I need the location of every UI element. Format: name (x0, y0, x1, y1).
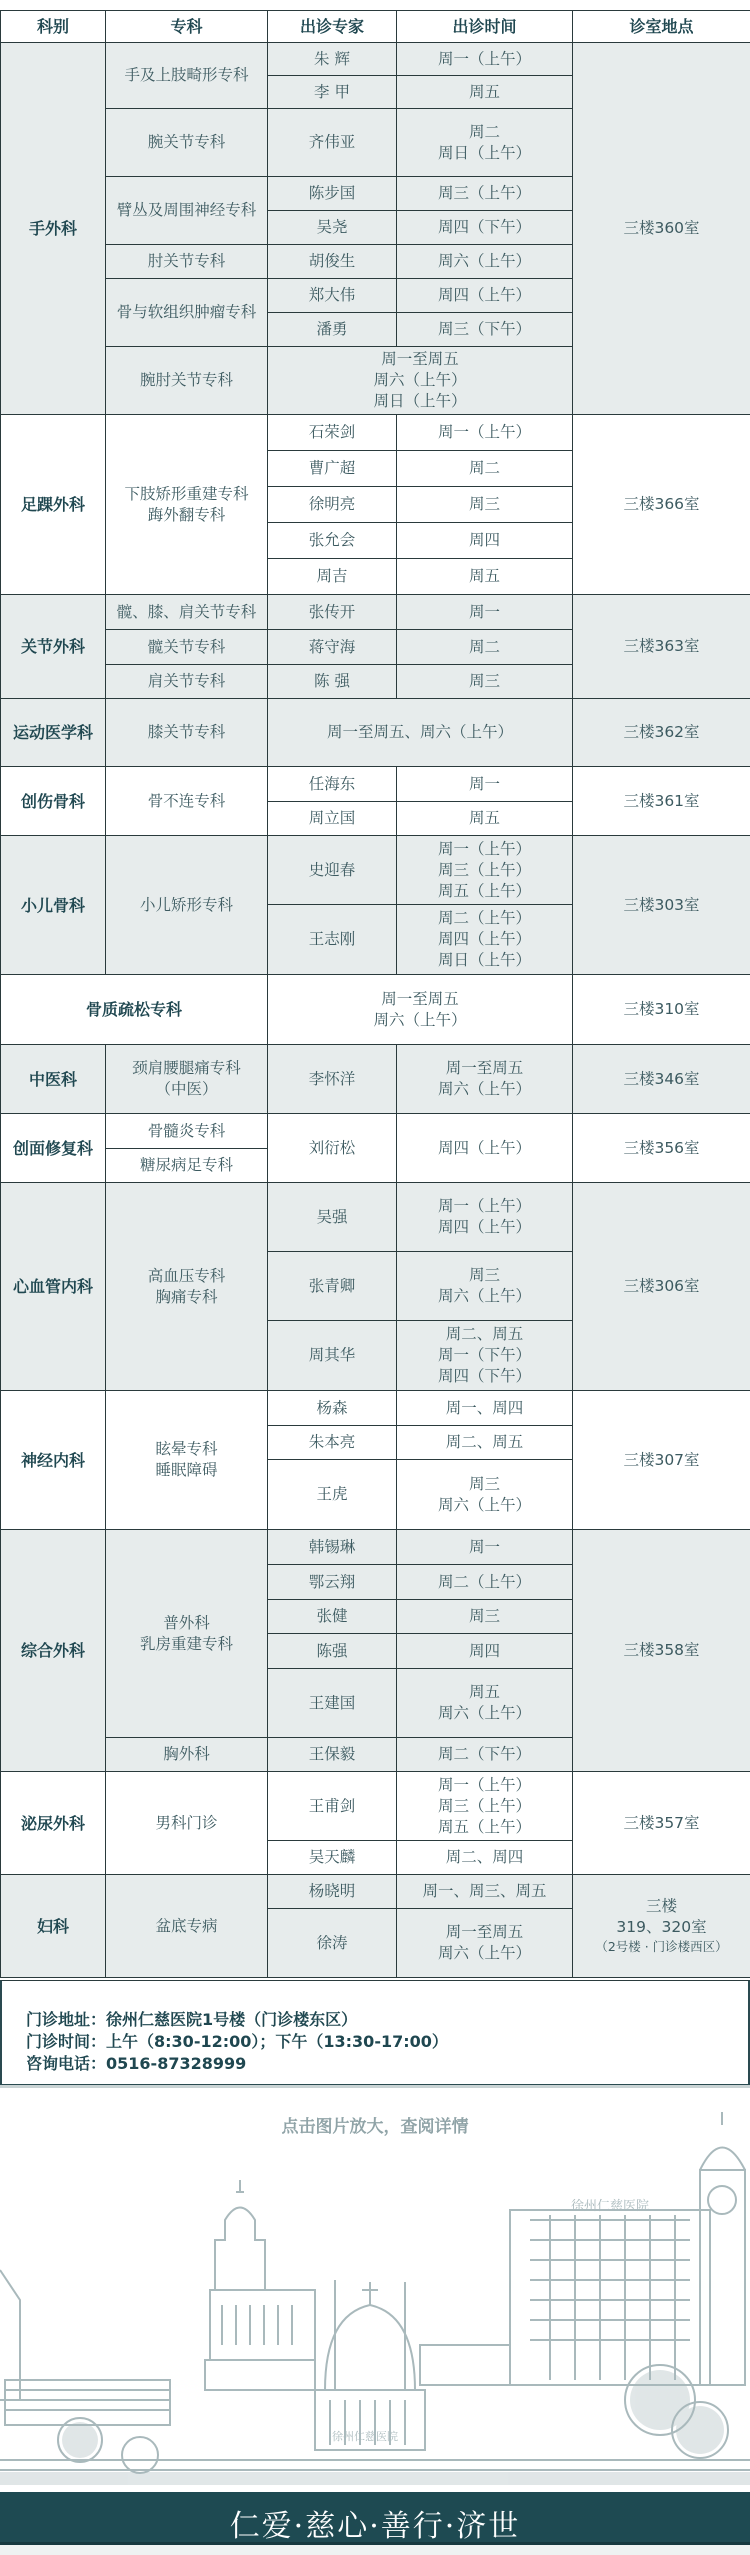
doctor-cell: 石荣剑 (268, 415, 397, 451)
time-cell: 周五 (397, 559, 573, 595)
time-cell: 周二、周五 周一（下午） 周四（下午） (397, 1321, 573, 1391)
specialty-cell: 高血压专科 胸痛专科 (106, 1183, 268, 1391)
table-row: 手外科 手及上肢畸形专科 朱 辉 周一（上午） 三楼360室 (1, 43, 750, 76)
table-row: 运动医学科 膝关节专科 周一至周五、周六（上午） 三楼362室 (1, 699, 750, 767)
dept-name: 神经内科 (1, 1391, 106, 1530)
time-line: 周六（上午） (268, 1010, 572, 1031)
doctor-cell: 吴强 (268, 1183, 397, 1252)
doctor-cell: 王保毅 (268, 1738, 397, 1772)
specialty-cell: 骨髓炎专科 (106, 1114, 268, 1149)
hours-line: 门诊时间：上午（8:30-12:00）；下午（13:30-17:00） (26, 2031, 448, 2053)
time-cell: 周二、周五 (397, 1426, 573, 1460)
location-cell: 三楼362室 (573, 699, 750, 767)
specialty-cell: 普外科 乳房重建专科 (106, 1530, 268, 1738)
time-line: 周六（上午） (397, 1703, 572, 1724)
address-label: 门诊地址： (26, 2010, 106, 2029)
doctor-cell: 朱 辉 (268, 43, 397, 76)
time-cell: 周一至周五 周六（上午） (397, 1909, 573, 1978)
doctor-cell: 王甫剑 (268, 1772, 397, 1841)
col-header-doctor: 出诊专家 (268, 11, 397, 43)
location-line: 319、320室 (573, 1917, 750, 1938)
location-cell: 三楼363室 (573, 595, 750, 699)
specialty-cell: 骨与软组织肿瘤专科 (106, 279, 268, 347)
specialty-cell: 腕关节专科 (106, 109, 268, 177)
time-line: 周四（上午） (397, 1217, 572, 1238)
time-cell: 周一、周三、周五 (397, 1875, 573, 1909)
specialty-cell: 胸外科 (106, 1738, 268, 1772)
doctor-cell: 陈强 (268, 1634, 397, 1669)
location-cell: 三楼357室 (573, 1772, 750, 1875)
specialty-cell: 臂丛及周围神经专科 (106, 177, 268, 245)
time-line: 周二 (397, 122, 572, 143)
doctor-cell: 周立国 (268, 802, 397, 836)
table-row: 神经内科 眩晕专科 睡眠障碍 杨森 周一、周四 三楼307室 (1, 1391, 750, 1426)
dept-name: 骨质疏松专科 (1, 975, 268, 1045)
table-row: 泌尿外科 男科门诊 王甫剑 周一（上午） 周三（上午） 周五（上午） 三楼357… (1, 1772, 750, 1841)
doctor-cell: 徐涛 (268, 1909, 397, 1978)
specialty-line: （中医） (106, 1079, 267, 1100)
time-line: 周四（上午） (397, 929, 572, 950)
time-cell: 周一（上午） (397, 415, 573, 451)
dept-name: 妇科 (1, 1875, 106, 1978)
dept-name: 创面修复科 (1, 1114, 106, 1183)
doctor-cell: 陈步国 (268, 177, 397, 211)
location-cell: 三楼310室 (573, 975, 750, 1045)
doctor-cell: 吴尧 (268, 211, 397, 245)
dept-name: 创伤骨科 (1, 767, 106, 836)
time-line: 周五（上午） (397, 1817, 572, 1838)
time-cell: 周一（上午） 周四（上午） (397, 1183, 573, 1252)
time-cell: 周三（下午） (397, 313, 573, 347)
location-cell: 三楼361室 (573, 767, 750, 836)
doctor-cell: 鄂云翔 (268, 1565, 397, 1600)
location-line: 三楼 (573, 1896, 750, 1917)
time-cell: 周一 (397, 1530, 573, 1565)
time-cell: 周三（上午） (397, 177, 573, 211)
time-line: 周六（上午） (397, 1495, 572, 1516)
time-line: 周二、周五 (397, 1324, 572, 1345)
specialty-cell: 肘关节专科 (106, 245, 268, 279)
time-cell: 周一、周四 (397, 1391, 573, 1426)
time-cell: 周二（下午） (397, 1738, 573, 1772)
specialty-cell: 膝关节专科 (106, 699, 268, 767)
time-cell: 周一至周五 周六（上午） (268, 975, 573, 1045)
time-cell: 周四（上午） (397, 1114, 573, 1183)
time-line: 周日（上午） (397, 143, 572, 164)
phone-label: 咨询电话： (26, 2054, 106, 2073)
dept-name: 运动医学科 (1, 699, 106, 767)
doctor-cell: 王虎 (268, 1460, 397, 1530)
time-cell: 周三 (397, 487, 573, 523)
table-row: 心血管内科 高血压专科 胸痛专科 吴强 周一（上午） 周四（上午） 三楼306室 (1, 1183, 750, 1252)
time-cell: 周二 (397, 630, 573, 665)
time-line: 周六（上午） (268, 370, 572, 391)
info-box-shadow (0, 2085, 750, 2088)
specialty-cell: 下肢矫形重建专科 踇外翻专科 (106, 415, 268, 595)
dept-name: 综合外科 (1, 1530, 106, 1772)
time-line: 周六（上午） (397, 1943, 572, 1964)
schedule-table-wrapper: 科别 专科 出诊专家 出诊时间 诊室地点 手外科 手及上肢畸形专科 朱 辉 周一… (0, 10, 750, 1978)
time-line: 周三（上午） (397, 1796, 572, 1817)
time-cell: 周一（上午） (397, 43, 573, 76)
doctor-cell: 潘勇 (268, 313, 397, 347)
table-row: 创伤骨科 骨不连专科 任海东 周一 三楼361室 (1, 767, 750, 802)
table-row: 中医科 颈肩腰腿痛专科 （中医） 李怀洋 周一至周五 周六（上午） 三楼346室 (1, 1045, 750, 1114)
specialty-cell: 肩关节专科 (106, 665, 268, 699)
doctor-cell: 杨晓明 (268, 1875, 397, 1909)
doctor-cell: 曹广超 (268, 451, 397, 487)
dept-name: 手外科 (1, 43, 106, 415)
doctor-cell: 任海东 (268, 767, 397, 802)
building-sign: 徐州仁慈医院 (571, 2198, 649, 2214)
specialty-cell: 骨不连专科 (106, 767, 268, 836)
time-cell: 周二 (397, 451, 573, 487)
doctor-cell: 齐伟亚 (268, 109, 397, 177)
specialty-cell: 手及上肢畸形专科 (106, 43, 268, 109)
specialty-cell: 颈肩腰腿痛专科 （中医） (106, 1045, 268, 1114)
doctor-cell: 张健 (268, 1600, 397, 1634)
svg-text:徐州仁慈医院: 徐州仁慈医院 (332, 2429, 398, 2443)
table-row: 综合外科 普外科 乳房重建专科 韩锡琳 周一 三楼358室 (1, 1530, 750, 1565)
table-row: 关节外科 髋、膝、肩关节专科 张传开 周一 三楼363室 (1, 595, 750, 630)
clinic-info-box: 门诊地址：徐州仁慈医院1号楼（门诊楼东区） 门诊时间：上午（8:30-12:00… (0, 1980, 750, 2086)
location-cell: 三楼306室 (573, 1183, 750, 1391)
specialty-line: 踇外翻专科 (106, 505, 267, 526)
specialty-line: 下肢矫形重建专科 (106, 484, 267, 505)
time-line: 周一（下午） (397, 1345, 572, 1366)
slogan-banner: 仁爱·慈心·善行·济世 (0, 2492, 750, 2545)
doctor-cell: 李 甲 (268, 76, 397, 109)
time-line: 周三（上午） (397, 860, 572, 881)
time-cell: 周二（上午） 周四（上午） 周日（上午） (397, 905, 573, 975)
specialty-cell: 腕肘关节专科 (106, 347, 268, 415)
table-row: 骨质疏松专科 周一至周五 周六（上午） 三楼310室 (1, 975, 750, 1045)
time-line: 周三 (397, 1265, 572, 1286)
col-header-department: 科别 (1, 11, 106, 43)
specialty-line: 睡眠障碍 (106, 1460, 267, 1481)
time-cell: 周一（上午） 周三（上午） 周五（上午） (397, 836, 573, 905)
location-cell: 三楼356室 (573, 1114, 750, 1183)
time-cell: 周二、周四 (397, 1841, 573, 1875)
time-line: 周四（下午） (397, 1366, 572, 1387)
time-cell: 周四（下午） (397, 211, 573, 245)
table-row: 足踝外科 下肢矫形重建专科 踇外翻专科 石荣剑 周一（上午） 三楼366室 (1, 415, 750, 451)
doctor-cell: 张允会 (268, 523, 397, 559)
phone-value[interactable]: 0516-87328999 (106, 2054, 246, 2073)
location-cell: 三楼 319、320室 （2号楼 · 门诊楼西区） (573, 1875, 750, 1978)
time-cell: 周二 周日（上午） (397, 109, 573, 177)
doctor-cell: 蒋守海 (268, 630, 397, 665)
dept-name: 中医科 (1, 1045, 106, 1114)
doctor-cell: 王建国 (268, 1669, 397, 1738)
slogan-text: 仁爱·慈心·善行·济世 (0, 2501, 750, 2545)
time-line: 周六（上午） (397, 1286, 572, 1307)
specialty-cell: 糖尿病足专科 (106, 1149, 268, 1183)
time-cell: 周一（上午） 周三（上午） 周五（上午） (397, 1772, 573, 1841)
time-cell: 周三 周六（上午） (397, 1460, 573, 1530)
hospital-sketch-icon: 徐州仁慈医院 徐州仁慈医院 (0, 2100, 750, 2485)
doctor-cell: 杨森 (268, 1391, 397, 1426)
time-cell: 周五 周六（上午） (397, 1669, 573, 1738)
time-line: 周一至周五 (397, 1922, 572, 1943)
time-line: 周五（上午） (397, 881, 572, 902)
bottom-strip (0, 2545, 750, 2555)
doctor-cell: 郑大伟 (268, 279, 397, 313)
location-cell: 三楼303室 (573, 836, 750, 975)
doctor-cell: 周其华 (268, 1321, 397, 1391)
specialty-line: 普外科 (106, 1613, 267, 1634)
table-row: 创面修复科 骨髓炎专科 刘衍松 周四（上午） 三楼356室 (1, 1114, 750, 1149)
specialty-cell: 盆底专病 (106, 1875, 268, 1978)
doctor-cell: 张青卿 (268, 1252, 397, 1321)
time-line: 周一至周五 (268, 349, 572, 370)
doctor-cell: 朱本亮 (268, 1426, 397, 1460)
time-line: 周一至周五 (268, 989, 572, 1010)
specialty-line: 眩晕专科 (106, 1439, 267, 1460)
doctor-cell: 王志刚 (268, 905, 397, 975)
location-cell: 三楼358室 (573, 1530, 750, 1772)
address-value: 徐州仁慈医院1号楼（门诊楼东区） (106, 2010, 357, 2029)
time-line: 周六（上午） (397, 1079, 572, 1100)
time-line: 周二（上午） (397, 908, 572, 929)
dept-name: 心血管内科 (1, 1183, 106, 1391)
specialty-line: 高血压专科 (106, 1266, 267, 1287)
time-cell: 周一至周五、周六（上午） (268, 699, 573, 767)
specialty-line: 颈肩腰腿痛专科 (106, 1058, 267, 1079)
specialty-line: 胸痛专科 (106, 1287, 267, 1308)
doctor-cell: 韩锡琳 (268, 1530, 397, 1565)
time-line: 周五 (397, 1682, 572, 1703)
time-cell: 周一 (397, 595, 573, 630)
time-cell: 周三 周六（上午） (397, 1252, 573, 1321)
hours-label: 门诊时间： (26, 2032, 106, 2051)
time-cell: 周三 (397, 1600, 573, 1634)
table-row: 妇科 盆底专病 杨晓明 周一、周三、周五 三楼 319、320室 （2号楼 · … (1, 1875, 750, 1909)
col-header-specialty: 专科 (106, 11, 268, 43)
specialty-cell: 眩晕专科 睡眠障碍 (106, 1391, 268, 1530)
hours-value: 上午（8:30-12:00）；下午（13:30-17:00） (106, 2032, 448, 2051)
time-line: 周一（上午） (397, 839, 572, 860)
dept-name: 关节外科 (1, 595, 106, 699)
location-cell: 三楼346室 (573, 1045, 750, 1114)
time-cell: 周五 (397, 76, 573, 109)
table-header-row: 科别 专科 出诊专家 出诊时间 诊室地点 (1, 11, 750, 43)
time-line: 周一（上午） (397, 1775, 572, 1796)
doctor-cell: 张传开 (268, 595, 397, 630)
doctor-cell: 刘衍松 (268, 1114, 397, 1183)
dept-name: 小儿骨科 (1, 836, 106, 975)
time-line: 周日（上午） (397, 950, 572, 971)
time-cell: 周三 (397, 665, 573, 699)
time-cell: 周一至周五 周六（上午） (397, 1045, 573, 1114)
doctor-cell: 吴天麟 (268, 1841, 397, 1875)
doctor-cell: 史迎春 (268, 836, 397, 905)
col-header-location: 诊室地点 (573, 11, 750, 43)
time-line: 周三 (397, 1474, 572, 1495)
time-line: 周日（上午） (268, 391, 572, 412)
specialty-cell: 髋、膝、肩关节专科 (106, 595, 268, 630)
dept-name: 足踝外科 (1, 415, 106, 595)
specialty-cell: 小儿矫形专科 (106, 836, 268, 975)
dept-name: 泌尿外科 (1, 1772, 106, 1875)
location-cell: 三楼366室 (573, 415, 750, 595)
col-header-time: 出诊时间 (397, 11, 573, 43)
time-cell: 周四（上午） (397, 279, 573, 313)
location-cell: 三楼307室 (573, 1391, 750, 1530)
specialty-cell: 髋关节专科 (106, 630, 268, 665)
phone-line: 咨询电话：0516-87328999 (26, 2053, 448, 2075)
time-cell: 周五 (397, 802, 573, 836)
time-line: 周一至周五 (397, 1058, 572, 1079)
hospital-illustration[interactable]: 徐州仁慈医院 徐州仁慈医院 (0, 2100, 750, 2485)
specialty-cell: 男科门诊 (106, 1772, 268, 1875)
time-cell: 周六（上午） (397, 245, 573, 279)
time-cell: 周一 (397, 767, 573, 802)
doctor-cell: 胡俊生 (268, 245, 397, 279)
address-line: 门诊地址：徐州仁慈医院1号楼（门诊楼东区） (26, 2009, 448, 2031)
time-cell: 周四 (397, 1634, 573, 1669)
location-cell: 三楼360室 (573, 43, 750, 415)
doctor-cell: 李怀洋 (268, 1045, 397, 1114)
time-cell: 周四 (397, 523, 573, 559)
doctor-cell: 周吉 (268, 559, 397, 595)
location-note: （2号楼 · 门诊楼西区） (573, 1938, 750, 1956)
doctor-cell: 陈 强 (268, 665, 397, 699)
clinic-schedule-table: 科别 专科 出诊专家 出诊时间 诊室地点 手外科 手及上肢畸形专科 朱 辉 周一… (0, 10, 750, 1978)
time-line: 周一（上午） (397, 1196, 572, 1217)
doctor-cell: 徐明亮 (268, 487, 397, 523)
specialty-line: 乳房重建专科 (106, 1634, 267, 1655)
table-row: 小儿骨科 小儿矫形专科 史迎春 周一（上午） 周三（上午） 周五（上午） 三楼3… (1, 836, 750, 905)
time-cell: 周二（上午） (397, 1565, 573, 1600)
time-cell: 周一至周五 周六（上午） 周日（上午） (268, 347, 573, 415)
